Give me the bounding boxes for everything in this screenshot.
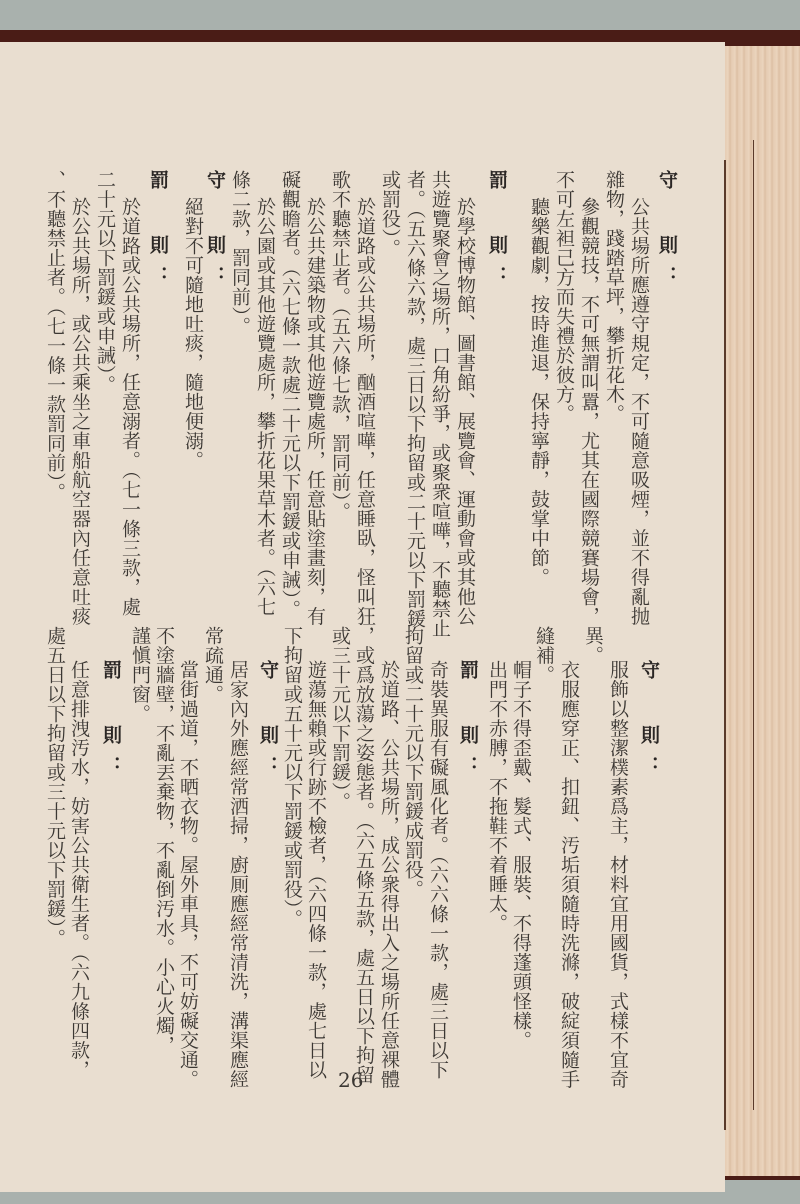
text-line: 出門不赤膊，不拖鞋不着睡太。 — [484, 660, 509, 933]
text-line: 任意排洩汚水，妨害公共衛生者。（六九條四款， — [66, 660, 91, 1080]
text-line: 歌不聽禁止者。（五六條七款，罰同前）。 — [327, 170, 352, 522]
text-line: 當街過道，不晒衣物。屋外車具，不可妨礙交通。 — [175, 660, 200, 1089]
page-fore-edge — [725, 46, 800, 1176]
text-line: 不塗牆壁，不亂丟棄物，不亂倒汚水。小心火燭， — [151, 626, 176, 1055]
text-line: 不可左袒己方而失禮於彼方。 — [551, 170, 576, 424]
text-line: 共遊覽聚會之場所，口角紛爭，或聚衆喧嘩，不聽禁止 — [427, 170, 452, 638]
text-line: 絕對不可隨地吐痰，隨地便溺。 — [180, 197, 205, 470]
upper-heading-penalty-1: 罰 則： — [484, 170, 509, 297]
lower-heading-rules-1: 守 則： — [636, 660, 661, 787]
text-line: 服飾以整潔樸素爲主，材料宜用國貨，式樣不宜奇 — [605, 660, 630, 1089]
upper-heading-rules-2: 守 則： — [202, 170, 227, 297]
text-line: 雜物，踐踏草坪，攀折花木。 — [601, 170, 626, 424]
page-edge-line — [753, 140, 754, 1110]
text-line: 條二款，罰同前）。 — [227, 170, 252, 336]
text-line: 於公園或其他遊覽處所，攀折花果草木者。（六七 — [252, 197, 277, 617]
text-line: ，或爲放蕩之姿態者。（六五條五款，處五日以下拘留 — [351, 626, 376, 1085]
text-line: 於道路或公共場所，任意溺者。（七一條三款，處 — [117, 197, 142, 617]
text-line: 衣服應穿正、扣鈕、汚垢須隨時洗滌，破綻須隨手 — [556, 660, 581, 1089]
text-line: 二十元以下罰鍰或申誡）。 — [92, 170, 117, 395]
text-line: 、不聽禁止者。（七一條一款罰同前）。 — [42, 170, 67, 502]
text-line: 於公共場所，或公共乘坐之車船航空器內任意吐痰 — [67, 197, 92, 626]
text-line: 縫補。 — [531, 626, 556, 685]
text-line: 聽樂觀劇，按時進退，保持寧靜，鼓掌中節。 — [526, 197, 551, 587]
text-line: 礙觀瞻者。（六七條一款處二十元以下罰鍰或申誡）。 — [277, 170, 302, 619]
text-line: 於公共建築物或其他遊覽處所，任意貼塗畫刻，有 — [302, 197, 327, 626]
page-number: 26 — [338, 1068, 363, 1092]
text-line: 謹愼門窗。 — [127, 626, 152, 724]
upper-heading-rules-1: 守 則： — [654, 170, 679, 297]
page-gutter-line — [724, 160, 726, 1130]
text-line: 奇裝異服有礙風化者。（六六條一款，處三日以下 — [425, 660, 450, 1080]
text-line: 帽子不得歪戴、髮式、服裝、不得蓬頭怪樣。 — [508, 660, 533, 1050]
text-line: 處五日以下拘留或三十元以下罰鍰）。 — [42, 626, 67, 948]
text-line: 或罰役）。 — [377, 170, 402, 258]
text-line: 於道路、公共場所，成公衆得出入之場所任意裸體 — [376, 660, 401, 1089]
text-line: 於道路或公共場所，酗酒喧嘩，任意睡臥，怪叫狂 — [352, 197, 377, 626]
lower-heading-penalty-1: 罰 則： — [455, 660, 480, 787]
text-line: 常疏通。 — [200, 626, 225, 704]
text-line: 參觀競技，不可無謂叫囂，尤其在國際競賽場會， — [576, 197, 601, 626]
text-line: 居家內外應經常洒掃，廚厠應經常清洗，溝渠應經 — [225, 660, 250, 1089]
upper-heading-penalty-2: 罰 則： — [145, 170, 170, 297]
text-line: 下拘留或五十元以下罰鍰或罰役）。 — [279, 626, 304, 929]
text-line: 者。（五六條六款，處三日以下拘留或二十元以下罰鍰 — [402, 170, 427, 629]
text-line: 異。 — [580, 626, 605, 665]
text-line: 公共場所應遵守規定，不可隨意吸煙，並不得亂抛 — [626, 197, 651, 626]
text-line: 於學校博物館、圖書館、展覽會、運動會或其他公 — [452, 197, 477, 626]
lower-heading-rules-2: 守 則： — [255, 660, 280, 787]
text-line: 或三十元以下罰鍰）。 — [327, 626, 352, 812]
text-line: 拘留或二十元以下罰鍰成罰役。 — [400, 626, 425, 899]
text-line: 遊蕩無賴或行跡不檢者，（六四條一款，處七日以 — [303, 660, 328, 1080]
lower-heading-penalty-2: 罰 則： — [98, 660, 123, 787]
